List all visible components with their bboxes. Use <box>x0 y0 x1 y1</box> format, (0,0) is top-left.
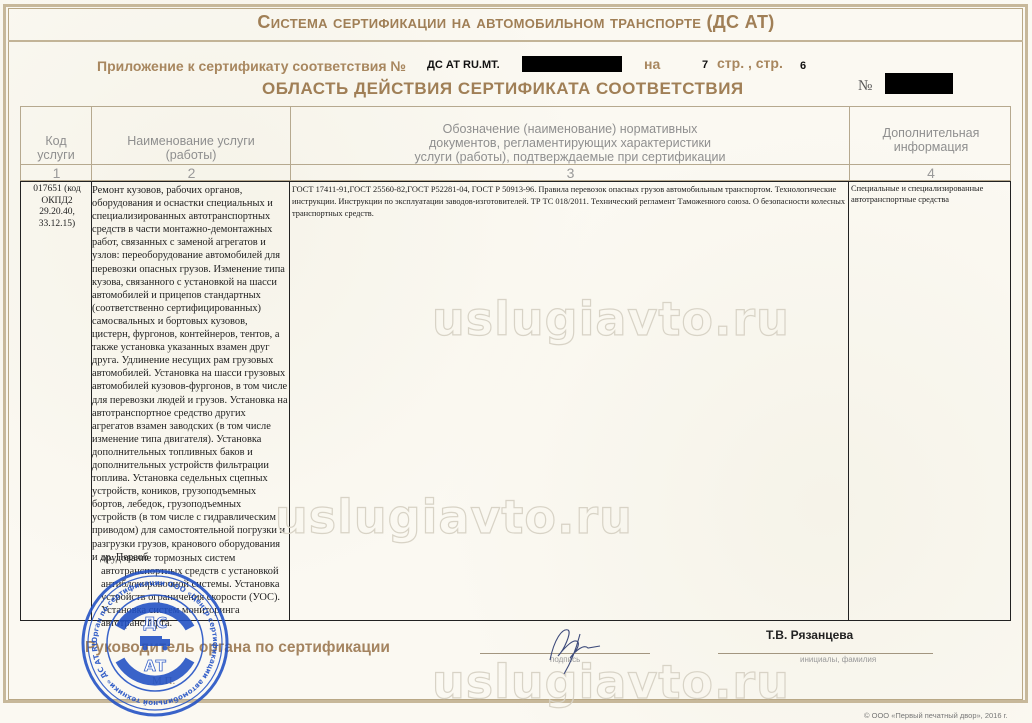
header-standards-line2: документов, регламентирующих характерист… <box>291 136 849 150</box>
svg-text:АТ: АТ <box>144 657 167 675</box>
signer-name: Т.В. Рязанцева <box>766 628 853 642</box>
column-number-4: 4 <box>850 165 1012 182</box>
annex-label: Приложение к сертификату соответствия № <box>97 58 406 74</box>
column-number-row: 1 2 3 4 <box>21 164 1010 182</box>
divider <box>848 182 849 620</box>
column-number-3: 3 <box>291 165 850 182</box>
table-header: Код услуги Наименование услуги (работы) … <box>20 106 1011 181</box>
header-service-line2: (работы) <box>92 148 290 162</box>
header-standards-line3: услуги (работы), подтверждаемые при серт… <box>291 150 849 164</box>
cell-additional: Специальные и специализированные автотра… <box>851 184 1011 205</box>
system-title: Система сертификации на автомобильном тр… <box>0 12 1032 33</box>
number-sign: № <box>858 78 872 95</box>
name-caption: инициалы, фамилия <box>800 655 876 664</box>
pages-label: стр. , стр. <box>717 55 783 71</box>
certificate-page: Система сертификации на автомобильном тр… <box>0 0 1032 723</box>
redacted-scope-number <box>885 73 953 94</box>
pages-connector: на <box>644 56 660 72</box>
pages-total: 7 <box>702 59 708 71</box>
certificate-number: ДС АТ RU.MT. <box>427 59 500 71</box>
cell-standards: ГОСТ 17411-91,ГОСТ 25560-82,ГОСТ Р52281-… <box>292 184 852 221</box>
header-additional-line2: информация <box>850 140 1012 154</box>
scope-title: ОБЛАСТЬ ДЕЙСТВИЯ СЕРТИФИКАТА СООТВЕТСТВИ… <box>262 79 744 99</box>
copyright-text: © ООО «Первый печатный двор», 2016 г. <box>864 711 1008 720</box>
table-row: 017651 (код ОКПД2 29.20.40, 33.12.15) Ре… <box>20 181 1011 621</box>
header-additional-line1: Дополнительная <box>850 126 1012 140</box>
certification-seal-icon: Орган по сертификации ООО «Центр сертифи… <box>80 568 230 718</box>
cell-code: 017651 (код ОКПД2 29.20.40, 33.12.15) <box>23 184 91 230</box>
header-standards-line1: Обозначение (наименование) нормативных <box>291 122 849 136</box>
header-service-line1: Наименование услуги <box>92 134 290 148</box>
redacted-certificate-number <box>522 56 622 72</box>
name-line <box>718 653 933 654</box>
header-code-line2: услуги <box>21 148 91 162</box>
cell-service: Ремонт кузовов, рабочих органов, оборудо… <box>92 184 288 564</box>
handwritten-signature-icon <box>540 620 610 675</box>
column-number-2: 2 <box>92 165 291 182</box>
header-code-line1: Код <box>21 134 91 148</box>
page-current: 6 <box>800 60 806 72</box>
column-number-1: 1 <box>21 165 92 182</box>
svg-text:ДС: ДС <box>143 614 167 632</box>
